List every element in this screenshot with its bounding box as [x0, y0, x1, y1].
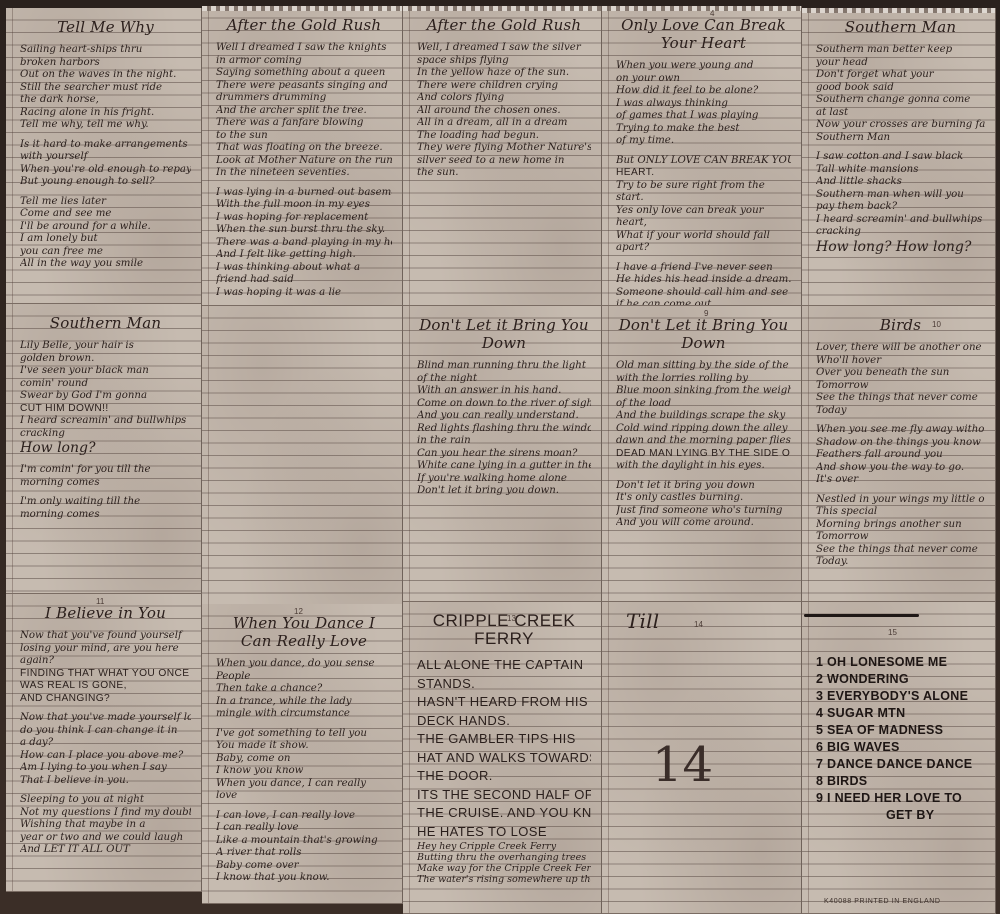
lyric-line: Well I dreamed I saw the knights	[216, 42, 392, 55]
lyric-line: DEAD MAN LYING BY THE SIDE OF THE ROAD	[616, 448, 791, 461]
lyric-line: Sailing heart-ships thru	[20, 44, 191, 57]
lyric-line: The water's rising somewhere up the line	[417, 874, 591, 885]
sheet-southern-man-2: Southern Man Lily Belle, your hair isgol…	[6, 304, 202, 594]
lyric-line: And you will come around.	[616, 517, 791, 530]
lyric-line: Still the searcher must ride	[20, 82, 191, 95]
lyric-line: And you can really understand.	[417, 410, 591, 423]
lyric-line: Who'll hover	[816, 355, 985, 368]
lyric-line	[20, 457, 191, 464]
lyric-line: All in the way you smile	[20, 258, 191, 271]
lyric-line: I know that you know.	[216, 872, 392, 885]
sheet-southern-man-1: Southern Man Southern man better keepyou…	[802, 8, 996, 306]
lyric-line: Tomorrow	[816, 380, 985, 393]
page-number: 9	[704, 309, 708, 318]
sheet-title: Southern Man	[20, 314, 191, 332]
lyric-line: And colors flying	[417, 92, 591, 105]
lyric-line: And the buildings scrape the sky	[616, 410, 791, 423]
lyric-line: Racing alone in his fright.	[20, 107, 191, 120]
sheet-title: Don't Let it Bring You Down	[417, 316, 591, 352]
lyric-line: if he can come out.	[616, 299, 791, 306]
lyric-line: a day?	[20, 737, 191, 750]
sheet-when-you-dance: 12 When You Dance I Can Really Love When…	[202, 604, 403, 904]
lyric-line: I heard screamin' and bullwhips	[20, 415, 191, 428]
lyric-line: Today.	[816, 556, 985, 569]
lyric-line: of the night	[417, 373, 591, 386]
lyric-line: Now that you've found yourself	[20, 630, 191, 643]
lyric-line: of the load	[616, 398, 791, 411]
lyric-line	[20, 132, 191, 139]
lyric-line: And little shacks	[816, 176, 985, 189]
torn-edge	[602, 6, 801, 11]
torn-edge	[403, 6, 601, 11]
lyric-line: Yes only love can break your	[616, 205, 791, 218]
lyric-line: 4 SUGAR MTN	[816, 705, 985, 722]
lyric-line: year or two and we could laugh	[20, 832, 191, 845]
lyric-line: The loading had begun.	[417, 130, 591, 143]
lyric-line: THE GAMBLER TIPS HIS	[417, 730, 591, 749]
lyric-line: I have a friend I've never seen	[616, 262, 791, 275]
lyric-line: WAS REAL IS GONE,	[20, 680, 191, 693]
lyric-line: Tall white mansions	[816, 164, 985, 177]
lyric-line: There were peasants singing and	[216, 80, 392, 93]
large-page-number: 14	[652, 737, 713, 793]
lyric-line: morning comes	[20, 509, 191, 522]
lyric-line: Southern Man	[816, 132, 985, 145]
page-number: 10	[932, 320, 941, 329]
lyric-line: the sun.	[417, 167, 591, 180]
sheet-dont-let-it-bring-you-down-1: Don't Let it Bring You Down Blind man ru…	[403, 306, 602, 602]
lyric-line: But young enough to sell?	[20, 176, 191, 189]
lyric-line: Am I lying to you when I say	[20, 762, 191, 775]
lyric-line: friend had said	[216, 274, 392, 287]
lyric-line: Now that you've made yourself love me	[20, 712, 191, 725]
lyric-line: dawn and the morning paper flies	[616, 435, 791, 448]
lyric-line: But ONLY LOVE CAN BREAK YOUR	[616, 155, 791, 168]
lyric-line: Not my questions I find my doubts	[20, 807, 191, 820]
sheet-till: 14 Till 14	[602, 602, 802, 914]
lyric-line: Then take a chance?	[216, 683, 392, 696]
lyric-line: In the nineteen seventies.	[216, 167, 392, 180]
lyric-line: GET BY	[816, 807, 985, 824]
lyric-line: 5 SEA OF MADNESS	[816, 722, 985, 739]
lyric-line: 1 OH LONESOME ME	[816, 654, 985, 671]
lyric-line: HASN'T HEARD FROM HIS	[417, 693, 591, 712]
lyric-line: I was lying in a burned out basement	[216, 187, 392, 200]
lyric-line: Can you hear the sirens moan?	[417, 448, 591, 461]
lyric-line	[616, 473, 791, 480]
lyric-line: How can I place you above me?	[20, 750, 191, 763]
page-number: 12	[294, 607, 303, 616]
lyric-line: And LET IT ALL OUT	[20, 844, 191, 857]
lyric-line: drummers drumming	[216, 92, 392, 105]
lyric-line: CUT HIM DOWN!!	[20, 403, 191, 416]
lyric-line: I can love, I can really love	[216, 810, 392, 823]
lyric-line: heart,	[616, 217, 791, 230]
lyric-line: How did it feel to be alone?	[616, 85, 791, 98]
lyric-line: This special	[816, 506, 985, 519]
lyric-line: Over you beneath the sun	[816, 367, 985, 380]
lyric-line: Trying to make the best	[616, 123, 791, 136]
lyric-line: I saw cotton and I saw black	[816, 151, 985, 164]
lyric-line: Like a mountain that's growing	[216, 835, 392, 848]
lyrics-lines: When you dance, do you sensePeopleThen t…	[216, 658, 392, 885]
page-number: 15	[888, 628, 897, 637]
lyric-line: cracking	[20, 428, 191, 441]
lyric-line: And I felt like getting high.	[216, 249, 392, 262]
lyric-line	[20, 189, 191, 196]
lyric-line: A river that rolls	[216, 847, 392, 860]
lyric-line: Feathers fall around you	[816, 449, 985, 462]
lyric-line: Look at Mother Nature on the run	[216, 155, 392, 168]
lyric-line: When you dance, I can really	[216, 778, 392, 791]
lyric-line	[616, 148, 791, 155]
lyric-line: I was hoping it was a lie	[216, 287, 392, 300]
lyric-line: of my time.	[616, 135, 791, 148]
lyrics-lines: ALL ALONE THE CAPTAINSTANDS.HASN'T HEARD…	[417, 656, 591, 841]
lyric-line: love	[216, 790, 392, 803]
lyric-line: to the sun	[216, 130, 392, 143]
sheet-tell-me-why: Tell Me Why Sailing heart-ships thrubrok…	[6, 8, 202, 304]
lyric-line	[816, 487, 985, 494]
lyric-line: Red lights flashing thru the window	[417, 423, 591, 436]
lyric-line	[216, 721, 392, 728]
lyric-line: They were flying Mother Nature's	[417, 142, 591, 155]
lyrics-lines: Lover, there will be another oneWho'll h…	[816, 342, 985, 569]
lyric-line: You made it show.	[216, 740, 392, 753]
lyrics-lines: Well, I dreamed I saw the silverspace sh…	[417, 42, 591, 180]
sheet-title: Only Love Can Break Your Heart	[616, 16, 791, 52]
lyric-line: Come and see me	[20, 208, 191, 221]
lyric-line: Just find someone who's turning	[616, 505, 791, 518]
lyric-line: When you see me fly away without you	[816, 424, 985, 437]
lyric-line: 2 WONDERING	[816, 671, 985, 688]
lyric-line: Well, I dreamed I saw the silver	[417, 42, 591, 55]
sheet-title: Tell Me Why	[20, 18, 191, 36]
lyric-line: All around the chosen ones.	[417, 105, 591, 118]
lyric-line: Swear by God I'm gonna	[20, 390, 191, 403]
sheet-dont-let-it-bring-you-down-2: 9 Don't Let it Bring You Down Old man si…	[602, 306, 802, 602]
lyric-line: Lily Belle, your hair is	[20, 340, 191, 353]
lyric-line: 6 BIG WAVES	[816, 739, 985, 756]
lyric-line	[816, 417, 985, 424]
lyric-line: Blue moon sinking from the weight	[616, 385, 791, 398]
lyric-line: With the full moon in my eyes	[216, 199, 392, 212]
lyric-line: Southern change gonna come	[816, 94, 985, 107]
lyric-line: Don't forget what your	[816, 69, 985, 82]
sheet-after-the-gold-rush-1: After the Gold Rush Well I dreamed I saw…	[202, 6, 403, 306]
lyric-line: Don't let it bring you down	[616, 480, 791, 493]
lyric-line: with yourself	[20, 151, 191, 164]
lyric-line: good book said	[816, 82, 985, 95]
lyric-line: There were children crying	[417, 80, 591, 93]
sheet-title: When You Dance I Can Really Love	[216, 614, 392, 650]
sheet-title: I Believe in You	[20, 604, 191, 622]
lyrics-lines: Now that you've found yourselflosing you…	[20, 630, 191, 857]
lyric-line: Don't let it bring you down.	[417, 485, 591, 498]
lyric-line: Baby come over	[216, 860, 392, 873]
sheet-title: Till	[626, 612, 791, 630]
lyric-line: Today	[816, 405, 985, 418]
torn-edge	[202, 6, 402, 11]
lyric-line: again?	[20, 655, 191, 668]
lyrics-lines: When you were young andon your ownHow di…	[616, 60, 791, 306]
sheet-i-believe-in-you: 11 I Believe in You Now that you've foun…	[6, 594, 202, 892]
lyrics-lines: Lily Belle, your hair isgolden brown.I'v…	[20, 340, 191, 521]
lyric-line: Lover, there will be another one	[816, 342, 985, 355]
printed-footer: K40088 PRINTED IN ENGLAND	[824, 898, 941, 905]
sheet-cripple-creek-ferry: 13 CRIPPLE CREEK FERRY ALL ALONE THE CAP…	[403, 602, 602, 914]
lyric-line: I've seen your black man	[20, 365, 191, 378]
track-list: 1 OH LONESOME ME2 WONDERING3 EVERYBODY'S…	[816, 654, 985, 824]
lyric-line: with the lorries rolling by	[616, 373, 791, 386]
lyric-line: you can free me	[20, 246, 191, 259]
lyric-line: I'm comin' for you till the	[20, 464, 191, 477]
lyric-line: When you're old enough to repay	[20, 164, 191, 177]
lyrics-lines: Sailing heart-ships thrubroken harborsOu…	[20, 44, 191, 271]
lyric-line: It's over	[816, 474, 985, 487]
sheet-birds: 10 Birds Lover, there will be another on…	[802, 306, 996, 602]
lyric-line: How long? How long?	[816, 239, 985, 256]
lyric-line: See the things that never come	[816, 392, 985, 405]
sheet-blank	[202, 306, 403, 606]
sheet-after-the-gold-rush-2: After the Gold Rush Well, I dreamed I sa…	[403, 6, 602, 306]
lyric-line: Wishing that maybe in a	[20, 819, 191, 832]
lyric-line: cracking	[816, 226, 985, 239]
lyric-line: 3 EVERYBODY'S ALONE	[816, 688, 985, 705]
lyric-line: 9 I NEED HER LOVE TO	[816, 790, 985, 807]
lyric-line: Try to be sure right from the	[616, 180, 791, 193]
lyric-line: ITS THE SECOND HALF OF	[417, 786, 591, 805]
lyric-line: With an answer in his hand.	[417, 385, 591, 398]
lyrics-lines: Blind man running thru the lightof the n…	[417, 360, 591, 498]
lyric-line: I was always thinking	[616, 98, 791, 111]
lyric-sheets-photo: Tell Me Why Sailing heart-ships thrubrok…	[0, 0, 1000, 914]
lyric-line: broken harbors	[20, 57, 191, 70]
lyrics-chorus-lines: Hey hey Cripple Creek FerryButting thru …	[417, 841, 591, 885]
lyric-line: Now your crosses are burning fast	[816, 119, 985, 132]
lyric-line: Cold wind ripping down the alley at	[616, 423, 791, 436]
lyric-line: HAT AND WALKS TOWARDS	[417, 749, 591, 768]
lyric-line: I heard screamin' and bullwhips	[816, 214, 985, 227]
lyric-line: FINDING THAT WHAT YOU ONCE THOUGHT	[20, 668, 191, 681]
lyric-line: STANDS.	[417, 675, 591, 694]
lyric-line: I am lonely but	[20, 233, 191, 246]
lyric-line: I was hoping for replacement	[216, 212, 392, 225]
lyric-line: In a trance, while the lady	[216, 696, 392, 709]
lyric-line: And the archer split the tree.	[216, 105, 392, 118]
lyric-line: pay them back?	[816, 201, 985, 214]
lyric-line: THE DOOR.	[417, 767, 591, 786]
lyric-line: Make way for the Cripple Creek Ferry	[417, 863, 591, 874]
lyric-line: It's only castles burning.	[616, 492, 791, 505]
sheet-title: CRIPPLE CREEK FERRY	[417, 612, 591, 648]
lyric-line: start.	[616, 192, 791, 205]
lyric-line: And show you the way to go.	[816, 462, 985, 475]
sheet-only-love-can-break-your-heart: 4 Only Love Can Break Your Heart When yo…	[602, 6, 802, 306]
sheet-title: After the Gold Rush	[216, 16, 392, 34]
lyric-line: I'll be around for a while.	[20, 221, 191, 234]
lyric-line: 7 DANCE DANCE DANCE	[816, 756, 985, 773]
lyric-line	[616, 255, 791, 262]
lyric-line: Come on down to the river of sight	[417, 398, 591, 411]
lyric-line: I can really love	[216, 822, 392, 835]
lyric-line: Out on the waves in the night.	[20, 69, 191, 82]
lyric-line: Tell me why, tell me why.	[20, 119, 191, 132]
lyric-line: How long?	[20, 440, 191, 457]
lyric-line: AND CHANGING?	[20, 693, 191, 706]
lyric-line: Shadow on the things you know	[816, 437, 985, 450]
lyric-line: do you think I can change it in	[20, 725, 191, 738]
lyric-line	[816, 144, 985, 151]
lyric-line: silver seed to a new home in	[417, 155, 591, 168]
lyric-line: HEART.	[616, 167, 791, 180]
lyrics-lines: Old man sitting by the side of the roadw…	[616, 360, 791, 530]
lyric-line: Saying something about a queen	[216, 67, 392, 80]
lyric-line: That I believe in you.	[20, 775, 191, 788]
lyric-line: Old man sitting by the side of the road	[616, 360, 791, 373]
lyric-line	[216, 180, 392, 187]
lyric-line: People	[216, 671, 392, 684]
lyric-line: at last	[816, 107, 985, 120]
lyric-line: Someone should call him and see	[616, 287, 791, 300]
lyric-line: Tell me lies later	[20, 196, 191, 209]
lyric-line: losing your mind, are you here	[20, 643, 191, 656]
lyric-line: golden brown.	[20, 353, 191, 366]
lyric-line: Southern man when will you	[816, 189, 985, 202]
lyric-line: the dark horse,	[20, 94, 191, 107]
lyric-line: When you dance, do you sense	[216, 658, 392, 671]
lyric-line: Nestled in your wings my little one	[816, 494, 985, 507]
lyric-line: Morning brings another sun	[816, 519, 985, 532]
lyric-line: with the daylight in his eyes.	[616, 460, 791, 473]
page-number: 14	[694, 620, 703, 629]
lyric-line: Butting thru the overhanging trees	[417, 852, 591, 863]
lyric-line: He hides his head inside a dream.	[616, 274, 791, 287]
lyric-line: Southern man better keep	[816, 44, 985, 57]
lyric-line: Sleeping to you at night	[20, 794, 191, 807]
lyric-line	[216, 803, 392, 810]
lyric-line: All in a dream, all in a dream	[417, 117, 591, 130]
lyric-line: THE CRUISE. AND YOU KNOW	[417, 804, 591, 823]
lyric-line: mingle with circumstance	[216, 708, 392, 721]
lyric-line	[20, 787, 191, 794]
lyric-line: Tomorrow	[816, 531, 985, 544]
lyric-line: I was thinking about what a	[216, 262, 392, 275]
lyric-line: on your own	[616, 73, 791, 86]
lyric-line: morning comes	[20, 477, 191, 490]
marker-stroke	[804, 614, 919, 617]
lyric-line: In the yellow haze of the sun.	[417, 67, 591, 80]
sheet-title: Birds	[816, 316, 985, 334]
lyric-line: There was a fanfare blowing	[216, 117, 392, 130]
sheet-tracklist: 15 1 OH LONESOME ME2 WONDERING3 EVERYBOD…	[802, 602, 996, 914]
lyric-line: I'm only waiting till the	[20, 496, 191, 509]
lyric-line	[20, 705, 191, 712]
lyric-line: What if your world should fall	[616, 230, 791, 243]
lyric-line: Is it hard to make arrangements	[20, 139, 191, 152]
lyric-line: in armor coming	[216, 55, 392, 68]
lyric-line: HE HATES TO LOSE	[417, 823, 591, 842]
lyric-line: Hey hey Cripple Creek Ferry	[417, 841, 591, 852]
lyric-line: DECK HANDS.	[417, 712, 591, 731]
lyric-line: of games that I was playing	[616, 110, 791, 123]
lyric-line: White cane lying in a gutter in the lane	[417, 460, 591, 473]
lyric-line: space ships flying	[417, 55, 591, 68]
lyric-line: your head	[816, 57, 985, 70]
lyric-line: When the sun burst thru the sky.	[216, 224, 392, 237]
sheet-title: Southern Man	[816, 18, 985, 36]
lyric-line: I've got something to tell you	[216, 728, 392, 741]
lyric-line: That was floating on the breeze.	[216, 142, 392, 155]
sheet-title: After the Gold Rush	[417, 16, 591, 34]
lyric-line: comin' round	[20, 378, 191, 391]
lyrics-lines: Well I dreamed I saw the knightsin armor…	[216, 42, 392, 299]
sheet-title: Don't Let it Bring You Down	[616, 316, 791, 352]
lyric-line: ALL ALONE THE CAPTAIN	[417, 656, 591, 675]
lyric-line: apart?	[616, 242, 791, 255]
lyric-line: There was a band playing in my head	[216, 237, 392, 250]
page-number: 11	[96, 597, 104, 606]
lyric-line: If you're walking home alone	[417, 473, 591, 486]
page-number: 4	[710, 9, 714, 18]
lyric-line: When you were young and	[616, 60, 791, 73]
lyric-line: Blind man running thru the light	[417, 360, 591, 373]
lyric-line: I know you know	[216, 765, 392, 778]
torn-edge	[802, 8, 995, 13]
lyric-line: in the rain	[417, 435, 591, 448]
page-number: 13	[507, 614, 516, 623]
lyric-line: See the things that never come	[816, 544, 985, 557]
lyric-line	[20, 489, 191, 496]
lyrics-lines: Southern man better keepyour headDon't f…	[816, 44, 985, 256]
lyric-line: 8 BIRDS	[816, 773, 985, 790]
lyric-line: Baby, come on	[216, 753, 392, 766]
